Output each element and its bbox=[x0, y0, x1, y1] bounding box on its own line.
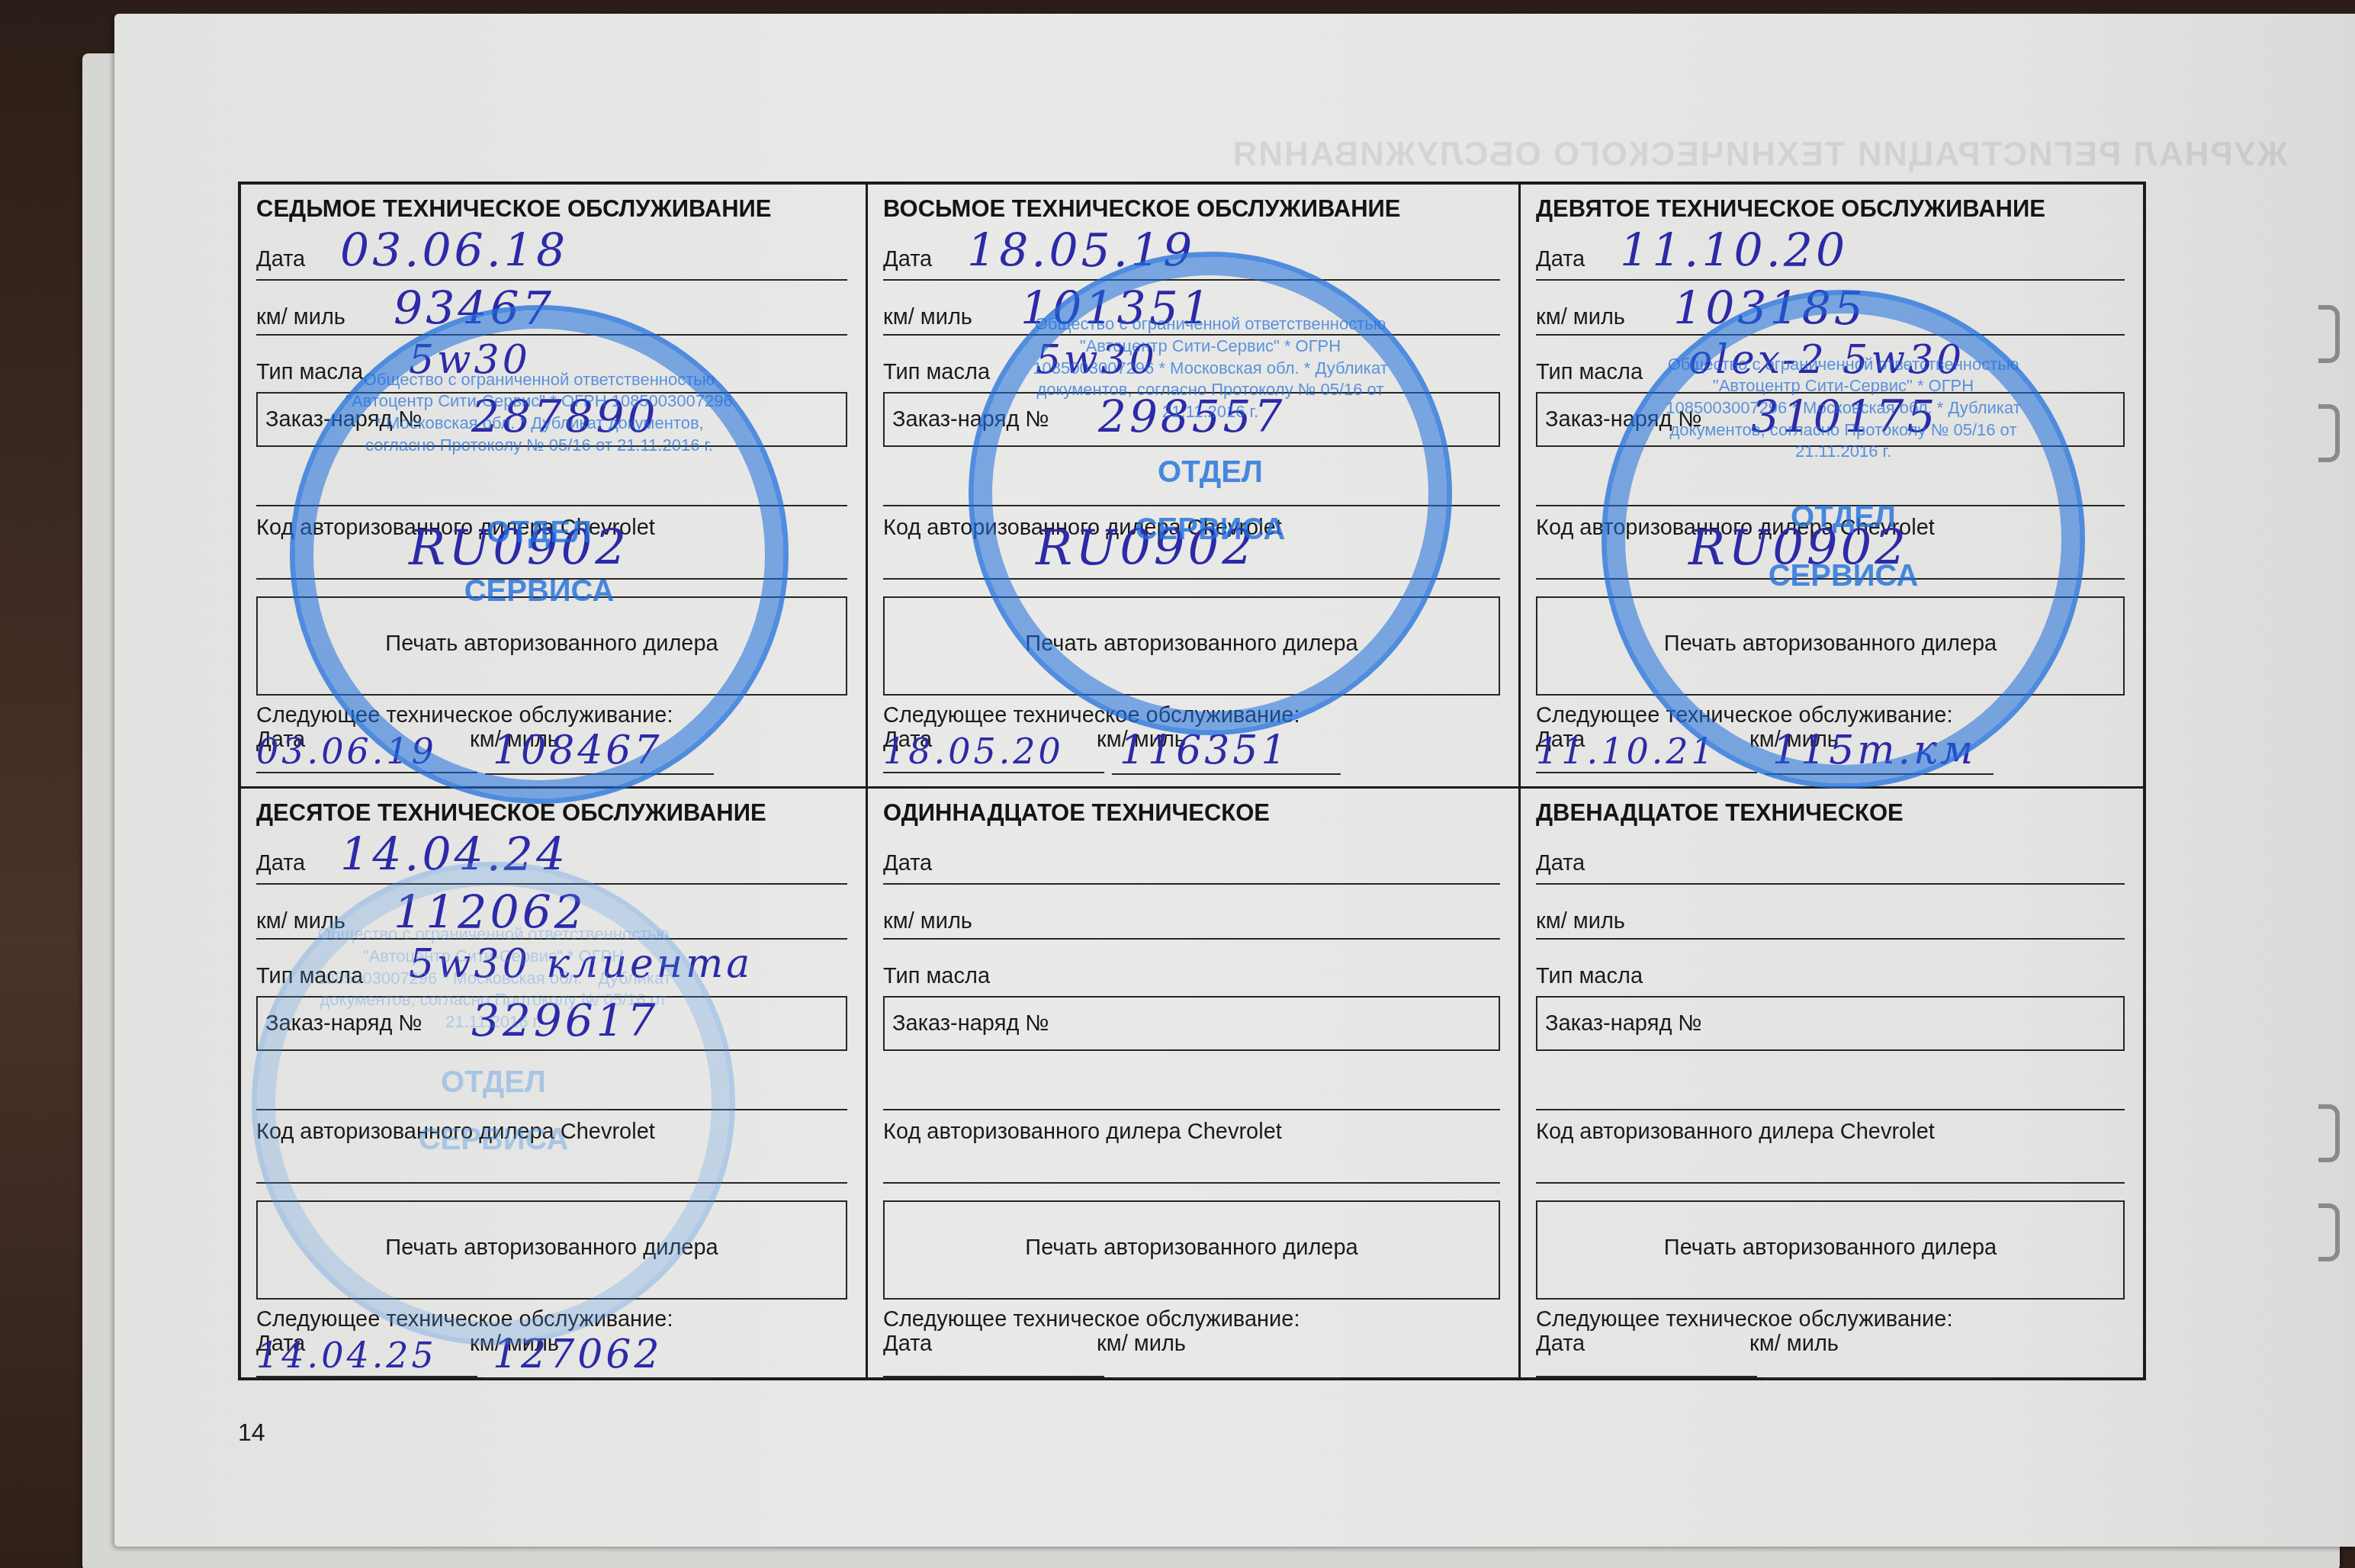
km-label: км/ миль bbox=[1536, 305, 1625, 330]
dealer-stamp-box: Печать авторизованного дилера bbox=[883, 1200, 1500, 1300]
date-line bbox=[1536, 279, 2125, 281]
dealer-stamp-label: Печать авторизованного дилера bbox=[885, 631, 1499, 657]
next-service-label: Следующее техническое обслуживание: bbox=[883, 1307, 1300, 1332]
next-km-line bbox=[1112, 773, 1341, 775]
service-title: ДЕВЯТОЕ ТЕХНИЧЕСКОЕ ОБСЛУЖИВАНИЕ bbox=[1536, 195, 2045, 223]
next-date-value[interactable]: 18.05.20 bbox=[883, 731, 1064, 772]
next-km-line bbox=[1765, 1377, 1994, 1379]
dealer-code-line bbox=[1536, 1182, 2125, 1184]
oil-label: Тип масла bbox=[883, 360, 990, 385]
next-date-line bbox=[256, 1376, 477, 1377]
km-line bbox=[883, 938, 1500, 940]
date-line bbox=[256, 279, 847, 281]
binding-ring-icon bbox=[2318, 404, 2340, 462]
next-km-line bbox=[485, 1377, 714, 1379]
order-label: Заказ-наряд № bbox=[1545, 407, 1701, 432]
next-date-line bbox=[883, 1376, 1104, 1377]
separator-line bbox=[883, 1109, 1500, 1110]
dealer-stamp-box: Печать авторизованного дилера bbox=[883, 596, 1500, 696]
separator-line bbox=[1536, 505, 2125, 506]
date-label: Дата bbox=[256, 851, 305, 876]
next-date-line bbox=[1536, 772, 1757, 773]
dealer-code-line bbox=[1536, 578, 2125, 580]
date-label: Дата bbox=[256, 247, 305, 272]
separator-line bbox=[256, 1109, 847, 1110]
km-label: км/ миль bbox=[883, 305, 972, 330]
oil-label: Тип масла bbox=[883, 964, 990, 989]
km-line bbox=[1536, 334, 2125, 336]
next-date-line bbox=[883, 772, 1104, 773]
service-title: ДЕСЯТОЕ ТЕХНИЧЕСКОЕ ОБСЛУЖИВАНИЕ bbox=[256, 799, 766, 827]
next-km-line bbox=[485, 773, 714, 775]
order-number-box: Заказ-наряд № bbox=[1536, 996, 2125, 1051]
maintenance-log-table: СЕДЬМОЕ ТЕХНИЧЕСКОЕ ОБСЛУЖИВАНИЕ Дата 03… bbox=[238, 182, 2146, 1380]
next-service-label: Следующее техническое обслуживание: bbox=[256, 1307, 673, 1332]
service-entry-5: ОДИННАДЦАТОЕ ТЕХНИЧЕСКОЕ Дата км/ миль Т… bbox=[868, 789, 1521, 1377]
next-km-line bbox=[1112, 1377, 1341, 1379]
bleed-through-heading: ЖУРНАЛ РЕГИСТРАЦИИ ТЕХНИЧЕСКОГО ОБСЛУЖИВ… bbox=[991, 136, 2288, 174]
date-value[interactable]: 14.04.24 bbox=[340, 828, 568, 882]
next-service-label: Следующее техническое обслуживание: bbox=[1536, 703, 1952, 728]
separator-line bbox=[1536, 1109, 2125, 1110]
dealer-stamp-box: Печать авторизованного дилера bbox=[256, 596, 847, 696]
km-line bbox=[883, 334, 1500, 336]
dealer-stamp-label: Печать авторизованного дилера bbox=[1537, 1235, 2123, 1261]
oil-label: Тип масла bbox=[256, 964, 363, 989]
order-value[interactable]: 310175 bbox=[1751, 390, 1938, 442]
order-value[interactable]: 329617 bbox=[471, 994, 658, 1046]
dealer-code-label: Код авторизованного дилера Chevrolet bbox=[1536, 1120, 1935, 1145]
next-service-label: Следующее техническое обслуживание: bbox=[256, 703, 673, 728]
oil-label: Тип масла bbox=[1536, 964, 1643, 989]
oil-value[interactable]: 5w30 bbox=[409, 337, 531, 383]
order-label: Заказ-наряд № bbox=[892, 1011, 1049, 1036]
order-label: Заказ-наряд № bbox=[265, 1011, 422, 1036]
next-km-line bbox=[1765, 773, 1994, 775]
next-date-value[interactable]: 11.10.21 bbox=[1536, 731, 1717, 772]
service-entry-1: СЕДЬМОЕ ТЕХНИЧЕСКОЕ ОБСЛУЖИВАНИЕ Дата 03… bbox=[241, 185, 868, 789]
oil-label: Тип масла bbox=[256, 360, 363, 385]
next-date-label: Дата bbox=[883, 1332, 932, 1357]
next-date-value[interactable]: 03.06.19 bbox=[256, 731, 437, 772]
order-number-box: Заказ-наряд № 298557 bbox=[883, 392, 1500, 447]
date-value[interactable]: 18.05.19 bbox=[967, 224, 1195, 278]
dealer-code-label: Код авторизованного дилера Chevrolet bbox=[883, 1120, 1282, 1145]
order-value[interactable]: 287890 bbox=[471, 390, 658, 442]
km-label: км/ миль bbox=[1536, 909, 1625, 934]
order-label: Заказ-наряд № bbox=[265, 407, 422, 432]
date-line bbox=[883, 279, 1500, 281]
next-date-label: Дата bbox=[1536, 1332, 1585, 1357]
order-number-box: Заказ-наряд № 287890 bbox=[256, 392, 847, 447]
date-line bbox=[883, 883, 1500, 885]
dealer-code-label: Код авторизованного дилера Chevrolet bbox=[256, 1120, 655, 1145]
next-date-value[interactable]: 14.04.25 bbox=[256, 1335, 437, 1376]
km-label: км/ миль bbox=[883, 909, 972, 934]
next-km-value[interactable]: 116351 bbox=[1120, 728, 1290, 773]
next-km-value[interactable]: 115т.км bbox=[1772, 728, 1976, 773]
km-value[interactable]: 93467 bbox=[394, 282, 554, 336]
service-title: ДВЕНАДЦАТОЕ ТЕХНИЧЕСКОЕ bbox=[1536, 799, 1904, 827]
binding-ring-icon bbox=[2318, 305, 2340, 363]
separator-line bbox=[256, 505, 847, 506]
dealer-stamp-box: Печать авторизованного дилера bbox=[256, 1200, 847, 1300]
dealer-code-line bbox=[256, 1182, 847, 1184]
order-value[interactable]: 298557 bbox=[1098, 390, 1285, 442]
date-line bbox=[1536, 883, 2125, 885]
next-km-label: км/ миль bbox=[1097, 1332, 1186, 1357]
dealer-stamp-label: Печать авторизованного дилера bbox=[258, 1235, 846, 1261]
service-entry-4: ДЕСЯТОЕ ТЕХНИЧЕСКОЕ ОБСЛУЖИВАНИЕ Дата 14… bbox=[241, 789, 868, 1377]
service-title: СЕДЬМОЕ ТЕХНИЧЕСКОЕ ОБСЛУЖИВАНИЕ bbox=[256, 195, 772, 223]
dealer-code-line bbox=[883, 578, 1500, 580]
dealer-code-line bbox=[256, 578, 847, 580]
dealer-code-line bbox=[883, 1182, 1500, 1184]
km-line bbox=[1536, 938, 2125, 940]
dealer-stamp-box: Печать авторизованного дилера bbox=[1536, 596, 2125, 696]
order-number-box: Заказ-наряд № 329617 bbox=[256, 996, 847, 1051]
order-label: Заказ-наряд № bbox=[1545, 1011, 1701, 1036]
dealer-stamp-box: Печать авторизованного дилера bbox=[1536, 1200, 2125, 1300]
km-value[interactable]: 101351 bbox=[1020, 282, 1213, 336]
oil-value[interactable]: 5w30 bbox=[1036, 337, 1158, 383]
binding-ring-icon bbox=[2318, 1104, 2340, 1162]
oil-label: Тип масла bbox=[1536, 360, 1643, 385]
date-value[interactable]: 03.06.18 bbox=[340, 224, 568, 278]
dealer-stamp-label: Печать авторизованного дилера bbox=[1537, 631, 2123, 657]
oil-value[interactable]: olex-2 5w30 bbox=[1688, 337, 1965, 383]
date-label: Дата bbox=[883, 851, 932, 876]
service-entry-2: ВОСЬМОЕ ТЕХНИЧЕСКОЕ ОБСЛУЖИВАНИЕ Дата 18… bbox=[868, 185, 1521, 789]
dealer-code-value[interactable]: RU0902 bbox=[1688, 520, 1909, 577]
dealer-stamp-label: Печать авторизованного дилера bbox=[885, 1235, 1499, 1261]
km-line bbox=[256, 334, 847, 336]
km-value[interactable]: 112062 bbox=[394, 886, 586, 940]
oil-value[interactable]: 5w30 клиента bbox=[409, 941, 753, 987]
next-date-line bbox=[1536, 1376, 1757, 1377]
next-date-line bbox=[256, 772, 477, 773]
km-label: км/ миль bbox=[256, 909, 345, 934]
dealer-stamp-label: Печать авторизованного дилера bbox=[258, 631, 846, 657]
service-title: ОДИННАДЦАТОЕ ТЕХНИЧЕСКОЕ bbox=[883, 799, 1270, 827]
order-number-box: Заказ-наряд № 310175 bbox=[1536, 392, 2125, 447]
date-value[interactable]: 11.10.20 bbox=[1620, 224, 1848, 278]
service-title: ВОСЬМОЕ ТЕХНИЧЕСКОЕ ОБСЛУЖИВАНИЕ bbox=[883, 195, 1401, 223]
order-label: Заказ-наряд № bbox=[892, 407, 1049, 432]
km-value[interactable]: 103185 bbox=[1673, 282, 1866, 336]
dealer-code-value[interactable]: RU0902 bbox=[1036, 520, 1256, 577]
next-km-value[interactable]: 127062 bbox=[493, 1332, 663, 1377]
km-label: км/ миль bbox=[256, 305, 345, 330]
next-km-value[interactable]: 108467 bbox=[493, 728, 663, 773]
page-number: 14 bbox=[238, 1419, 265, 1447]
date-line bbox=[256, 883, 847, 885]
km-line bbox=[256, 938, 847, 940]
next-service-label: Следующее техническое обслуживание: bbox=[883, 703, 1300, 728]
order-number-box: Заказ-наряд № bbox=[883, 996, 1500, 1051]
date-label: Дата bbox=[883, 247, 932, 272]
service-entry-3: ДЕВЯТОЕ ТЕХНИЧЕСКОЕ ОБСЛУЖИВАНИЕ Дата 11… bbox=[1521, 185, 2143, 789]
next-km-label: км/ миль bbox=[1749, 1332, 1839, 1357]
binding-ring-icon bbox=[2318, 1203, 2340, 1261]
separator-line bbox=[883, 505, 1500, 506]
date-label: Дата bbox=[1536, 247, 1585, 272]
next-service-label: Следующее техническое обслуживание: bbox=[1536, 1307, 1952, 1332]
date-label: Дата bbox=[1536, 851, 1585, 876]
dealer-code-value[interactable]: RU0902 bbox=[409, 520, 629, 577]
service-entry-6: ДВЕНАДЦАТОЕ ТЕХНИЧЕСКОЕ Дата км/ миль Ти… bbox=[1521, 789, 2143, 1377]
